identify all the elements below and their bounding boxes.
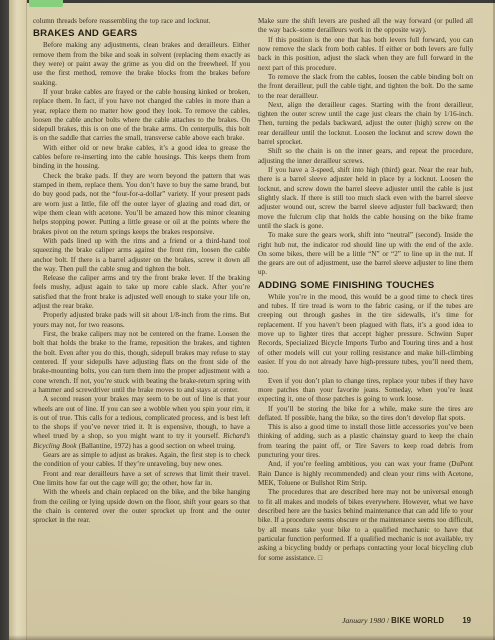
paragraph: If you’ll be storing the bike for a whil… — [258, 405, 473, 424]
paragraph: Next, align the derailleur cages. Starti… — [258, 101, 473, 148]
paragraph: While you’re in the mood, this would be … — [258, 293, 473, 377]
paragraph: The procedures that are described here m… — [258, 488, 473, 563]
page-left-edge-shadow — [0, 0, 9, 640]
page-bottom-edge-shadow — [9, 635, 495, 640]
paragraph: Gears are as simple to adjust as brakes.… — [33, 451, 250, 470]
paragraph: And, if you’re feeling ambitious, you ca… — [258, 460, 473, 488]
paragraph: Even if you don’t plan to change tires, … — [258, 377, 473, 405]
paragraph: A second reason your brakes may seem to … — [33, 395, 250, 451]
paragraph: Release the caliper arms and try the fro… — [33, 274, 250, 311]
paragraph: Shift so the chain is on the inner gears… — [258, 147, 473, 166]
paragraph: If this position is the one that has bot… — [258, 36, 473, 73]
paragraph: Check the brake pads. If they are worn b… — [33, 172, 250, 237]
left-column: column threads before reassembling the t… — [33, 17, 250, 623]
section-heading: ADDING SOME FINISHING TOUCHES — [258, 280, 473, 292]
paragraph: column threads before reassembling the t… — [33, 17, 250, 26]
paragraph: With pads lined up with the rims and a f… — [33, 237, 250, 274]
page-fold-line — [26, 0, 27, 640]
green-bookmark-tab — [29, 0, 63, 7]
section-heading: BRAKES AND GEARS — [33, 28, 250, 40]
paragraph: Properly adjusted brake pads will sit ab… — [33, 311, 250, 330]
paragraph: With the wheels and chain replaced on th… — [33, 488, 250, 525]
paragraph: Make sure the shift levers are pushed al… — [258, 17, 473, 36]
paragraph: Front and rear derailleurs have a set of… — [33, 470, 250, 489]
footer-issue-date: January 1980 — [342, 616, 385, 625]
paragraph: To make sure the gears work, shift into … — [258, 231, 473, 278]
paragraph: If your brake cables are frayed or the c… — [33, 88, 250, 144]
paragraph: To remove the slack from the cables, loo… — [258, 73, 473, 101]
page-spine-highlight — [9, 0, 27, 640]
footer-page-number: 19 — [462, 616, 471, 625]
paragraph: This is also a good time to install thos… — [258, 423, 473, 460]
paragraph: Before making any adjustments, clean bra… — [33, 41, 250, 88]
magazine-page: column threads before reassembling the t… — [0, 0, 495, 640]
right-column: Make sure the shift levers are pushed al… — [258, 17, 473, 623]
paragraph: First, the brake calipers may not be cen… — [33, 330, 250, 395]
page-footer: January 1980 / BIKE WORLD 19 — [258, 616, 471, 625]
page-top-edge-shadow — [27, 0, 495, 3]
footer-magazine-name: BIKE WORLD — [391, 616, 444, 625]
paragraph: If you have a 3-speed, shift into high (… — [258, 166, 473, 231]
paragraph: With either old or new brake cables, it’… — [33, 144, 250, 172]
